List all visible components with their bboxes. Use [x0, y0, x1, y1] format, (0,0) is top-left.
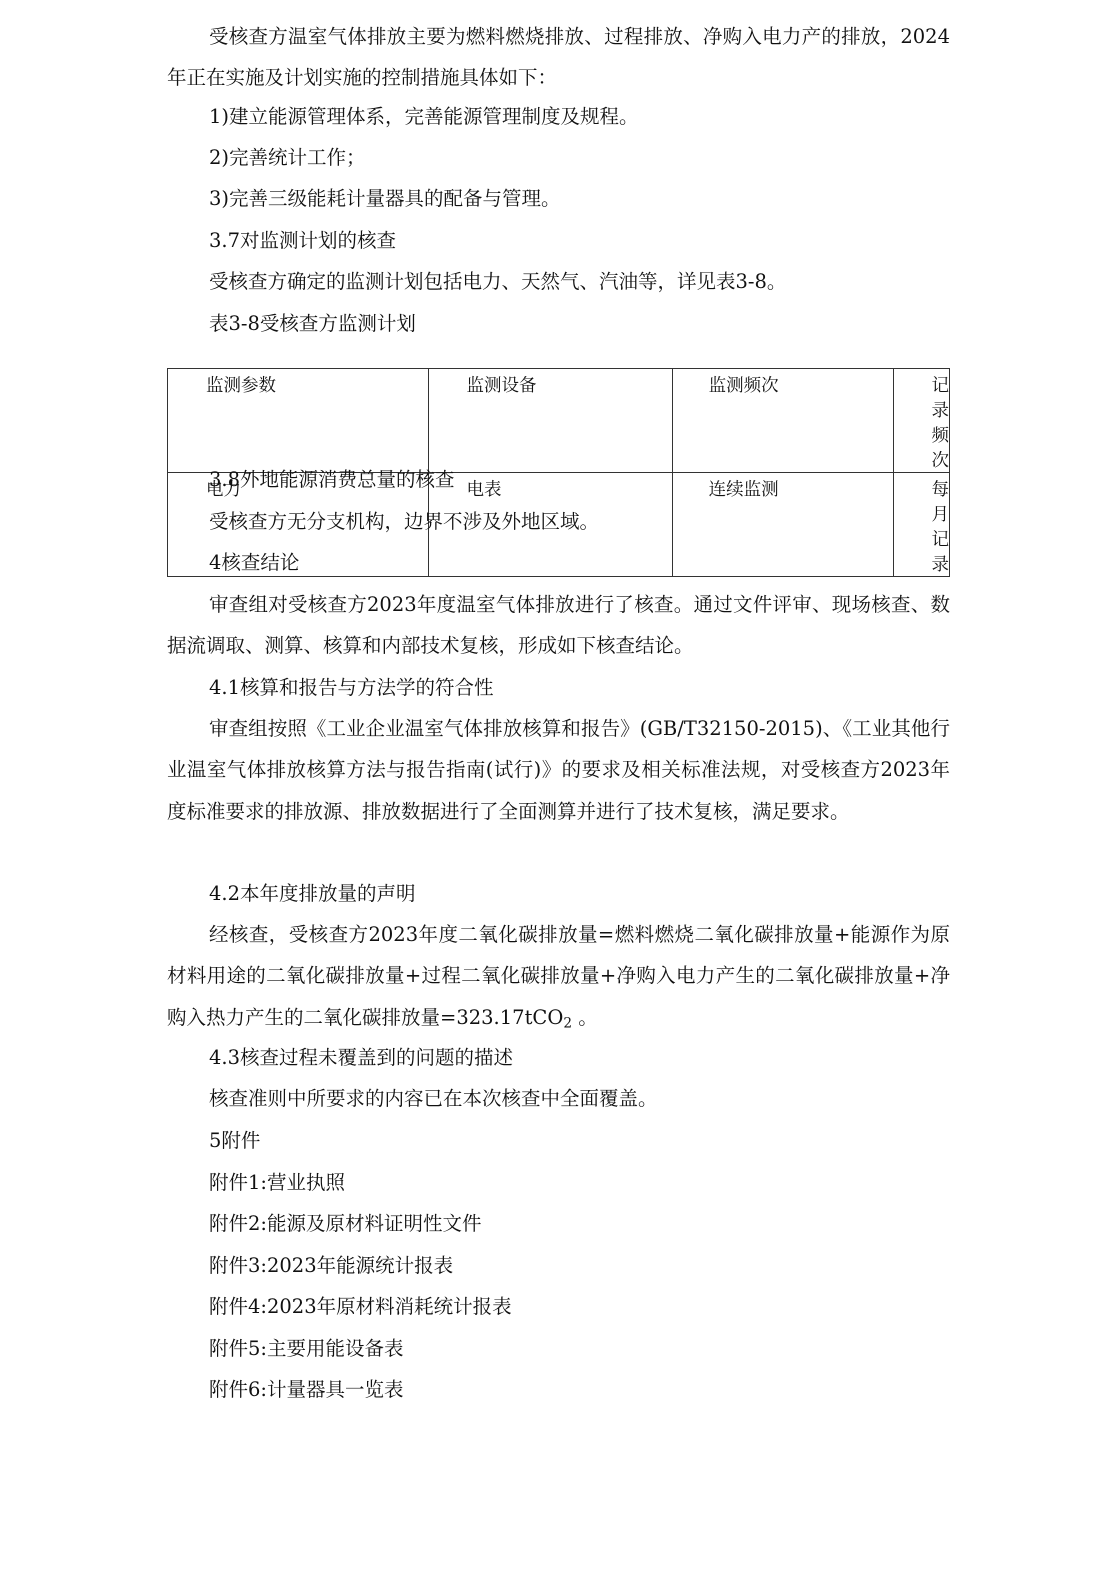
emission-statement: 经核查，受核查方2023年度二氧化碳排放量=燃料燃烧二氧化碳排放量+能源作为原材…: [167, 923, 950, 1029]
attachment-item: 附件4:2023年原材料消耗统计报表: [209, 1295, 512, 1319]
attachment-item: 附件6:计量器具一览表: [209, 1378, 403, 1402]
table-header-row: 监测参数 监测设备 监测频次 记录频次: [168, 369, 950, 473]
section-5-heading: 5附件: [209, 1129, 260, 1153]
section-3-7-text: 受核查方确定的监测计划包括电力、天然气、汽油等，详见表3-8。: [209, 270, 786, 294]
table-header-cell: 监测频次: [672, 369, 893, 473]
section-4-3-text: 核查准则中所要求的内容已在本次核查中全面覆盖。: [209, 1087, 658, 1111]
section-4-3-heading: 4.3核查过程未覆盖到的问题的描述: [209, 1046, 513, 1070]
table-caption: 表3-8受核查方监测计划: [209, 312, 416, 336]
attachment-item: 附件2:能源及原材料证明性文件: [209, 1212, 481, 1236]
attachment-item: 附件3:2023年能源统计报表: [209, 1254, 453, 1278]
statement-end: 。: [572, 1006, 598, 1029]
attachment-item: 附件1:营业执照: [209, 1171, 345, 1195]
section-4-heading: 4核查结论: [209, 551, 299, 575]
section-3-8-heading: 3.8外地能源消费总量的核查: [209, 468, 455, 492]
section-4-1-text: 审查组按照《工业企业温室气体排放核算和报告》(GB/T32150-2015)、《…: [167, 708, 950, 832]
section-4-2-text: 经核查，受核查方2023年度二氧化碳排放量=燃料燃烧二氧化碳排放量+能源作为原材…: [167, 914, 950, 1044]
co2-subscript: 2: [563, 1015, 572, 1031]
section-4-1-heading: 4.1核算和报告与方法学的符合性: [209, 676, 494, 700]
section-4-2-heading: 4.2本年度排放量的声明: [209, 882, 416, 906]
control-measure-1: 1)建立能源管理体系，完善能源管理制度及规程。: [209, 105, 639, 129]
table-header-cell: 监测设备: [428, 369, 672, 473]
table-cell: 连续监测: [672, 473, 893, 577]
table-header-cell: 监测参数: [168, 369, 429, 473]
attachment-item: 附件5:主要用能设备表: [209, 1337, 403, 1361]
table-header-cell: 记录频次: [893, 369, 950, 473]
table-cell: 每月记录: [893, 473, 950, 577]
section-4-text: 审查组对受核查方2023年度温室气体排放进行了核查。通过文件评审、现场核查、数据…: [167, 584, 950, 667]
intro-paragraph: 受核查方温室气体排放主要为燃料燃烧排放、过程排放、净购入电力产的排放，2024年…: [167, 16, 950, 99]
control-measure-3: 3)完善三级能耗计量器具的配备与管理。: [209, 187, 561, 211]
control-measure-2: 2)完善统计工作；: [209, 146, 366, 170]
section-3-8-text: 受核查方无分支机构，边界不涉及外地区域。: [209, 510, 599, 534]
section-3-7-heading: 3.7对监测计划的核查: [209, 229, 396, 253]
